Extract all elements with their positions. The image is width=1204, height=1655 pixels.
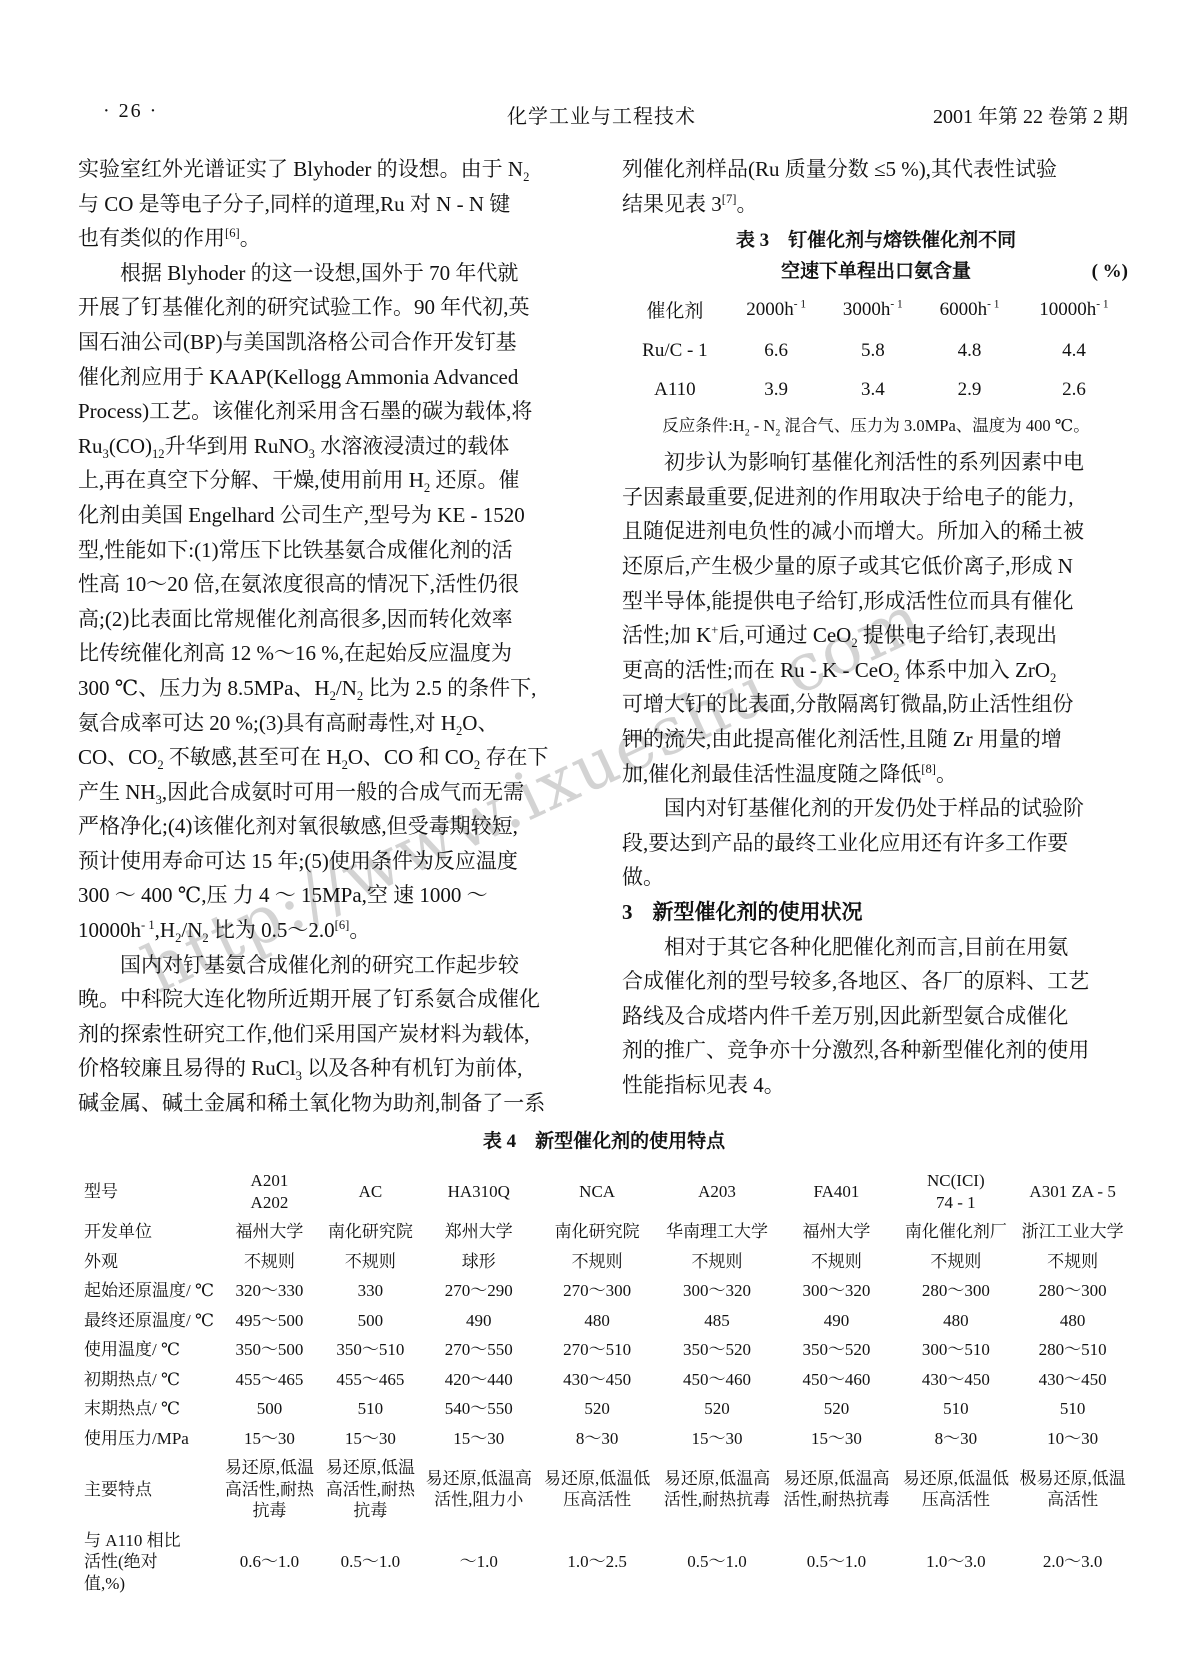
text-line: 国石油公司(BP)与美国凯洛格公司合作开发钉基 — [78, 325, 575, 360]
cell-value: 520 — [776, 1394, 896, 1424]
cell-value: 15～30 — [421, 1424, 537, 1454]
cell-value: 455～465 — [219, 1365, 320, 1395]
table4-row: 与 A110 相比活性(绝对值,%)0.6～1.00.5～1.0～1.01.0～… — [78, 1526, 1130, 1599]
table3-row: A1103.93.42.92.6 — [622, 370, 1130, 409]
catalyst-name: A110 — [622, 370, 728, 409]
cell-value: 330 — [320, 1276, 421, 1306]
table4-block: 表 4 新型催化剂的使用特点 型号A201A202ACHA310QNCAA203… — [78, 1126, 1130, 1598]
cell-value: 510 — [1015, 1394, 1130, 1424]
cell-value: 300～320 — [776, 1276, 896, 1306]
right-intro-paragraph: 列催化剂样品(Ru 质量分数 ≤5 %),其代表性试验结果见表 3[7]。 — [622, 152, 1130, 221]
text-line: 合成催化剂的型号较多,各地区、各厂的原料、工艺 — [622, 964, 1130, 999]
cell-value: 南化研究院 — [320, 1217, 421, 1247]
paper-page: http://www.ixueshu.com · 26 · 化学工业与工程技术 … — [0, 0, 1204, 1655]
text-line: 性高 10～20 倍,在氨浓度很高的情况下,活性仍很 — [78, 567, 575, 602]
cell-value: 15～30 — [219, 1424, 320, 1454]
table4-row: 主要特点易还原,低温高活性,耐热抗毒易还原,低温高活性,耐热抗毒易还原,低温高活… — [78, 1453, 1130, 1526]
cell-value: 南化研究院 — [537, 1217, 658, 1247]
page-number: · 26 · — [103, 100, 158, 123]
row-label: 起始还原温度/ ℃ — [78, 1276, 219, 1306]
table4-row: 初期热点/ ℃455～465455～465420～440430～450450～4… — [78, 1365, 1130, 1395]
text-line: 晚。中科院大连化物所近期开展了钉系氨合成催化 — [78, 982, 575, 1017]
section-heading: 3新型催化剂的使用状况 — [622, 895, 1130, 930]
text-line: 价格较廉且易得的 RuCl3 以及各种有机钉为前体, — [78, 1051, 575, 1086]
cell-value: 480 — [537, 1306, 658, 1336]
cell-value: 0.5～1.0 — [776, 1526, 896, 1599]
ammonia-content-value: 4.8 — [921, 331, 1018, 370]
text-line: 做。 — [622, 860, 1130, 895]
cell-value: 15～30 — [658, 1424, 777, 1454]
cell-value: 不规则 — [896, 1247, 1015, 1277]
text-line: Ru3(CO)12升华到用 RuNO3 水溶液浸渍过的载体 — [78, 429, 575, 464]
cell-value: 280～300 — [1015, 1276, 1130, 1306]
cell-value: 350～500 — [219, 1335, 320, 1365]
cell-value: 490 — [776, 1306, 896, 1336]
cell-value: 270～290 — [421, 1276, 537, 1306]
cell-value: 2.0～3.0 — [1015, 1526, 1130, 1599]
text-line: 还原后,产生极少量的原子或其它低价离子,形成 N — [622, 549, 1130, 584]
text-line: 列催化剂样品(Ru 质量分数 ≤5 %),其代表性试验 — [622, 152, 1130, 187]
table3-header-row: 催化剂2000h- 13000h- 16000h- 110000h- 1 — [622, 287, 1130, 331]
cell-value: 0.6～1.0 — [219, 1526, 320, 1599]
cell-value: 福州大学 — [776, 1217, 896, 1247]
text-line: 型,性能如下:(1)常压下比铁基氨合成催化剂的活 — [78, 533, 575, 568]
text-line: 初步认为影响钉基催化剂活性的系列因素中电 — [622, 445, 1130, 480]
text-line: 预计使用寿命可达 15 年;(5)使用条件为反应温度 — [78, 844, 575, 879]
table3-unit-label: ( %) — [1092, 256, 1128, 287]
model-name-header: NC(ICI)74 - 1 — [896, 1166, 1015, 1217]
text-line: 性能指标见表 4。 — [622, 1068, 1130, 1103]
cell-value: 8～30 — [537, 1424, 658, 1454]
cell-value: 520 — [537, 1394, 658, 1424]
text-line: 产生 NH3,因此合成氨时可用一般的合成气而无需 — [78, 775, 575, 810]
table4-row: 使用压力/MPa15～3015～3015～308～3015～3015～308～3… — [78, 1424, 1130, 1454]
text-line: CO、CO2 不敏感,甚至可在 H2O、CO 和 CO2 存在下 — [78, 740, 575, 775]
row-label: 开发单位 — [78, 1217, 219, 1247]
cell-value: 浙江工业大学 — [1015, 1217, 1130, 1247]
text-line: 300 ～ 400 ℃,压 力 4 ～ 15MPa,空 速 1000 ～ — [78, 878, 575, 913]
model-name-header: A301 ZA - 5 — [1015, 1166, 1130, 1217]
model-row-label: 型号 — [78, 1166, 219, 1217]
text-line: 且随促进剂电负性的减小而增大。所加入的稀土被 — [622, 514, 1130, 549]
text-line: 与 CO 是等电子分子,同样的道理,Ru 对 N - N 键 — [78, 187, 575, 222]
text-line: 活性;加 K+后,可通过 CeO2 提供电子给钉,表现出 — [622, 618, 1130, 653]
row-label: 最终还原温度/ ℃ — [78, 1306, 219, 1336]
row-label: 外观 — [78, 1247, 219, 1277]
right-body-paragraphs: 初步认为影响钉基催化剂活性的系列因素中电子因素最重要,促进剂的作用取决于给电子的… — [622, 445, 1130, 895]
model-name-header: A201A202 — [219, 1166, 320, 1217]
text-line: 相对于其它各种化肥催化剂而言,目前在用氨 — [622, 930, 1130, 965]
cell-value: 福州大学 — [219, 1217, 320, 1247]
cell-value: 15～30 — [320, 1424, 421, 1454]
text-line: 剂的推广、竞争亦十分激烈,各种新型催化剂的使用 — [622, 1033, 1130, 1068]
ammonia-content-value: 5.8 — [824, 331, 921, 370]
cell-value: 0.5～1.0 — [658, 1526, 777, 1599]
cell-value: 不规则 — [320, 1247, 421, 1277]
table3-caption-line2: 空速下单程出口氨含量 ( %) — [622, 256, 1130, 287]
cell-value: 1.0～3.0 — [896, 1526, 1015, 1599]
cell-value: 不规则 — [537, 1247, 658, 1277]
text-line: 剂的探索性研究工作,他们采用国产炭材料为载体, — [78, 1017, 575, 1052]
text-line: 根据 Blyhoder 的这一设想,国外于 70 年代就 — [78, 256, 575, 291]
cell-value: 易还原,低温高活性,耐热抗毒 — [219, 1453, 320, 1526]
text-line: 高;(2)比表面比常规催化剂高很多,因而转化效率 — [78, 602, 575, 637]
cell-value: 270～510 — [537, 1335, 658, 1365]
table3: 催化剂2000h- 13000h- 16000h- 110000h- 1 Ru/… — [622, 287, 1130, 409]
cell-value: 270～300 — [537, 1276, 658, 1306]
cell-value: 0.5～1.0 — [320, 1526, 421, 1599]
text-line: Process)工艺。该催化剂采用含石墨的碳为载体,将 — [78, 394, 575, 429]
text-line: 催化剂应用于 KAAP(Kellogg Ammonia Advanced — [78, 360, 575, 395]
cell-value: 500 — [320, 1306, 421, 1336]
table4-row: 使用温度/ ℃350～500350～510270～550270～510350～5… — [78, 1335, 1130, 1365]
cell-value: 不规则 — [658, 1247, 777, 1277]
cell-value: 易还原,低温高活性,阻力小 — [421, 1453, 537, 1526]
cell-value: 480 — [1015, 1306, 1130, 1336]
row-label: 使用压力/MPa — [78, 1424, 219, 1454]
ammonia-content-value: 3.9 — [728, 370, 825, 409]
model-name-header: AC — [320, 1166, 421, 1217]
model-name-header: FA401 — [776, 1166, 896, 1217]
table3-caption-line1: 表 3 钉催化剂与熔铁催化剂不同 — [622, 225, 1130, 256]
cell-value: 430～450 — [537, 1365, 658, 1395]
ammonia-content-value: 6.6 — [728, 331, 825, 370]
ammonia-content-value: 2.6 — [1018, 370, 1130, 409]
text-line: 国内对钉基催化剂的开发仍处于样品的试验阶 — [622, 791, 1130, 826]
text-line: 开展了钉基催化剂的研究试验工作。90 年代初,英 — [78, 290, 575, 325]
table4-row: 末期热点/ ℃500510540～550520520520510510 — [78, 1394, 1130, 1424]
text-line: 可增大钉的比表面,分散隔离钉微晶,防止活性组份 — [622, 687, 1130, 722]
table4-header-row: 型号A201A202ACHA310QNCAA203FA401NC(ICI)74 … — [78, 1166, 1130, 1217]
text-line: 碱金属、碱土金属和稀土氧化物为助剂,制备了一系 — [78, 1086, 575, 1121]
text-line: 比传统催化剂高 12 %～16 %,在起始反应温度为 — [78, 636, 575, 671]
space-velocity-header: 2000h- 1 — [728, 287, 825, 331]
cell-value: 易还原,低温高活性,耐热抗毒 — [776, 1453, 896, 1526]
cell-value: 490 — [421, 1306, 537, 1336]
cell-value: 510 — [320, 1394, 421, 1424]
cell-value: 不规则 — [1015, 1247, 1130, 1277]
table4-row: 外观不规则不规则球形不规则不规则不规则不规则不规则 — [78, 1247, 1130, 1277]
text-line: 结果见表 3[7]。 — [622, 187, 1130, 222]
text-line: 上,再在真空下分解、干燥,使用前用 H2 还原。催 — [78, 463, 575, 498]
text-line: 严格净化;(4)该催化剂对氧很敏感,但受毒期较短, — [78, 809, 575, 844]
cell-value: 8～30 — [896, 1424, 1015, 1454]
cell-value: 300～320 — [658, 1276, 777, 1306]
cell-value: 300～510 — [896, 1335, 1015, 1365]
cell-value: 420～440 — [421, 1365, 537, 1395]
ammonia-content-value: 2.9 — [921, 370, 1018, 409]
section-number: 3 — [622, 900, 633, 924]
cell-value: 易还原,低温低压高活性 — [537, 1453, 658, 1526]
cell-value: 520 — [658, 1394, 777, 1424]
issue-info: 2001 年第 22 卷第 2 期 — [933, 100, 1128, 129]
cell-value: 430～450 — [1015, 1365, 1130, 1395]
cell-value: 球形 — [421, 1247, 537, 1277]
cell-value: 15～30 — [776, 1424, 896, 1454]
text-line: 也有类似的作用[6]。 — [78, 221, 575, 256]
cell-value: 10～30 — [1015, 1424, 1130, 1454]
journal-title: 化学工业与工程技术 — [507, 100, 696, 129]
cell-value: ～1.0 — [421, 1526, 537, 1599]
cell-value: 350～520 — [658, 1335, 777, 1365]
table3-body: Ru/C - 16.65.84.84.4A1103.93.42.92.6 — [622, 331, 1130, 409]
table4-row: 开发单位福州大学南化研究院郑州大学南化研究院华南理工大学福州大学南化催化剂厂浙江… — [78, 1217, 1130, 1247]
text-line: 氨合成率可达 20 %;(3)具有高耐毒性,对 H2O、 — [78, 706, 575, 741]
text-line: 化剂由美国 Engelhard 公司生产,型号为 KE - 1520 — [78, 498, 575, 533]
cell-value: 270～550 — [421, 1335, 537, 1365]
cell-value: 280～300 — [896, 1276, 1015, 1306]
table4-row: 起始还原温度/ ℃320～330330270～290270～300300～320… — [78, 1276, 1130, 1306]
table3-row: Ru/C - 16.65.84.84.4 — [622, 331, 1130, 370]
right-closing-paragraph: 相对于其它各种化肥催化剂而言,目前在用氨合成催化剂的型号较多,各地区、各厂的原料… — [622, 930, 1130, 1103]
section-title: 新型催化剂的使用状况 — [653, 900, 863, 924]
row-label: 使用温度/ ℃ — [78, 1335, 219, 1365]
ammonia-content-value: 4.4 — [1018, 331, 1130, 370]
row-label: 与 A110 相比活性(绝对值,%) — [78, 1526, 219, 1599]
cell-value: 南化催化剂厂 — [896, 1217, 1015, 1247]
cell-value: 350～510 — [320, 1335, 421, 1365]
text-line: 型半导体,能提供电子给钉,形成活性位而具有催化 — [622, 584, 1130, 619]
table3-caption-text: 空速下单程出口氨含量 — [781, 261, 971, 282]
cell-value: 510 — [896, 1394, 1015, 1424]
cell-value: 455～465 — [320, 1365, 421, 1395]
table4: 型号A201A202ACHA310QNCAA203FA401NC(ICI)74 … — [78, 1166, 1130, 1598]
cell-value: 280～510 — [1015, 1335, 1130, 1365]
text-line: 子因素最重要,促进剂的作用取决于给电子的能力, — [622, 480, 1130, 515]
row-label: 主要特点 — [78, 1453, 219, 1526]
row-label: 末期热点/ ℃ — [78, 1394, 219, 1424]
catalyst-name: Ru/C - 1 — [622, 331, 728, 370]
cell-value: 极易还原,低温高活性 — [1015, 1453, 1130, 1526]
cell-value: 480 — [896, 1306, 1015, 1336]
model-name-header: HA310Q — [421, 1166, 537, 1217]
cell-value: 华南理工大学 — [658, 1217, 777, 1247]
cell-value: 495～500 — [219, 1306, 320, 1336]
cell-value: 320～330 — [219, 1276, 320, 1306]
text-line: 钾的流失,由此提高催化剂活性,且随 Zr 用量的增 — [622, 722, 1130, 757]
text-line: 实验室红外光谱证实了 Blyhoder 的设想。由于 N2 — [78, 152, 575, 187]
text-line: 加,催化剂最佳活性温度随之降低[8]。 — [622, 757, 1130, 792]
cell-value: 500 — [219, 1394, 320, 1424]
text-line: 10000h- 1,H2/N2 比为 0.5～2.0[6]。 — [78, 913, 575, 948]
cell-value: 450～460 — [776, 1365, 896, 1395]
table4-row: 最终还原温度/ ℃495～500500490480485490480480 — [78, 1306, 1130, 1336]
cell-value: 450～460 — [658, 1365, 777, 1395]
table3-block: 表 3 钉催化剂与熔铁催化剂不同 空速下单程出口氨含量 ( %) 催化剂2000… — [622, 225, 1130, 439]
cell-value: 易还原,低温高活性,耐热抗毒 — [658, 1453, 777, 1526]
ammonia-content-value: 3.4 — [824, 370, 921, 409]
cell-value: 485 — [658, 1306, 777, 1336]
model-name-header: A203 — [658, 1166, 777, 1217]
cell-value: 郑州大学 — [421, 1217, 537, 1247]
cell-value: 易还原,低温低压高活性 — [896, 1453, 1015, 1526]
cell-value: 1.0～2.5 — [537, 1526, 658, 1599]
page-header: · 26 · 化学工业与工程技术 2001 年第 22 卷第 2 期 — [75, 100, 1128, 132]
text-line: 更高的活性;而在 Ru - K - CeO2 体系中加入 ZrO2 — [622, 653, 1130, 688]
model-name-header: NCA — [537, 1166, 658, 1217]
cell-value: 540～550 — [421, 1394, 537, 1424]
right-column: 列催化剂样品(Ru 质量分数 ≤5 %),其代表性试验结果见表 3[7]。 表 … — [622, 152, 1130, 1102]
table3-footnote: 反应条件:H2 - N2 混合气、压力为 3.0MPa、温度为 400 ℃。 — [622, 412, 1130, 439]
cell-value: 350～520 — [776, 1335, 896, 1365]
left-column: 实验室红外光谱证实了 Blyhoder 的设想。由于 N2与 CO 是等电子分子… — [78, 152, 575, 1121]
catalyst-column-header: 催化剂 — [622, 287, 728, 331]
text-line: 段,要达到产品的最终工业化应用还有许多工作要 — [622, 826, 1130, 861]
cell-value: 不规则 — [776, 1247, 896, 1277]
text-line: 国内对钉基氨合成催化剂的研究工作起步较 — [78, 948, 575, 983]
cell-value: 不规则 — [219, 1247, 320, 1277]
cell-value: 易还原,低温高活性,耐热抗毒 — [320, 1453, 421, 1526]
text-line: 300 ℃、压力为 8.5MPa、H2/N2 比为 2.5 的条件下, — [78, 671, 575, 706]
space-velocity-header: 3000h- 1 — [824, 287, 921, 331]
text-line: 路线及合成塔内件千差万别,因此新型氨合成催化 — [622, 999, 1130, 1034]
cell-value: 430～450 — [896, 1365, 1015, 1395]
table4-body: 开发单位福州大学南化研究院郑州大学南化研究院华南理工大学福州大学南化催化剂厂浙江… — [78, 1217, 1130, 1598]
table4-caption: 表 4 新型催化剂的使用特点 — [78, 1126, 1130, 1157]
space-velocity-header: 6000h- 1 — [921, 287, 1018, 331]
row-label: 初期热点/ ℃ — [78, 1365, 219, 1395]
space-velocity-header: 10000h- 1 — [1018, 287, 1130, 331]
